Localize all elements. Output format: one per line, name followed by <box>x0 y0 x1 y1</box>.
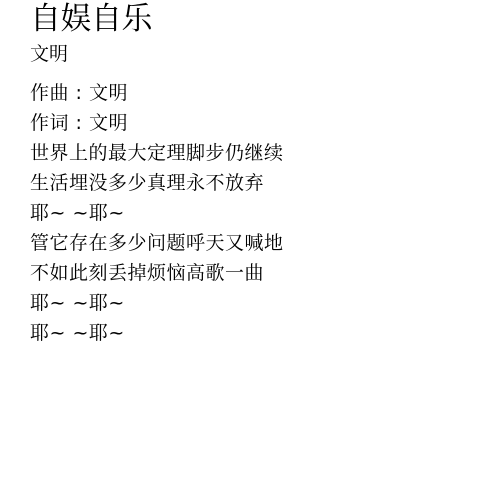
lyric-line: 耶~ ~耶~ <box>30 288 500 318</box>
song-artist: 文明 <box>30 39 500 69</box>
lyric-line: 耶~ ~耶~ <box>30 198 500 228</box>
lyrics-list: 作曲 : 文明 作词 : 文明 世界上的最大定理脚步仍继续 生活埋没多少真理永不… <box>30 78 500 348</box>
lyric-line: 生活埋没多少真理永不放弃 <box>30 168 500 198</box>
song-title: 自娱自乐 <box>30 0 500 37</box>
lyric-line: 管它存在多少问题呼天又喊地 <box>30 228 500 258</box>
lyric-line: 不如此刻丢掉烦恼高歌一曲 <box>30 258 500 288</box>
lyric-line-composer: 作曲 : 文明 <box>30 78 500 108</box>
lyric-line: 耶~ ~耶~ <box>30 318 500 348</box>
lyric-line-lyricist: 作词 : 文明 <box>30 108 500 138</box>
song-lyrics-view: 自娱自乐 文明 作曲 : 文明 作词 : 文明 世界上的最大定理脚步仍继续 生活… <box>30 0 500 348</box>
lyric-line: 世界上的最大定理脚步仍继续 <box>30 138 500 168</box>
